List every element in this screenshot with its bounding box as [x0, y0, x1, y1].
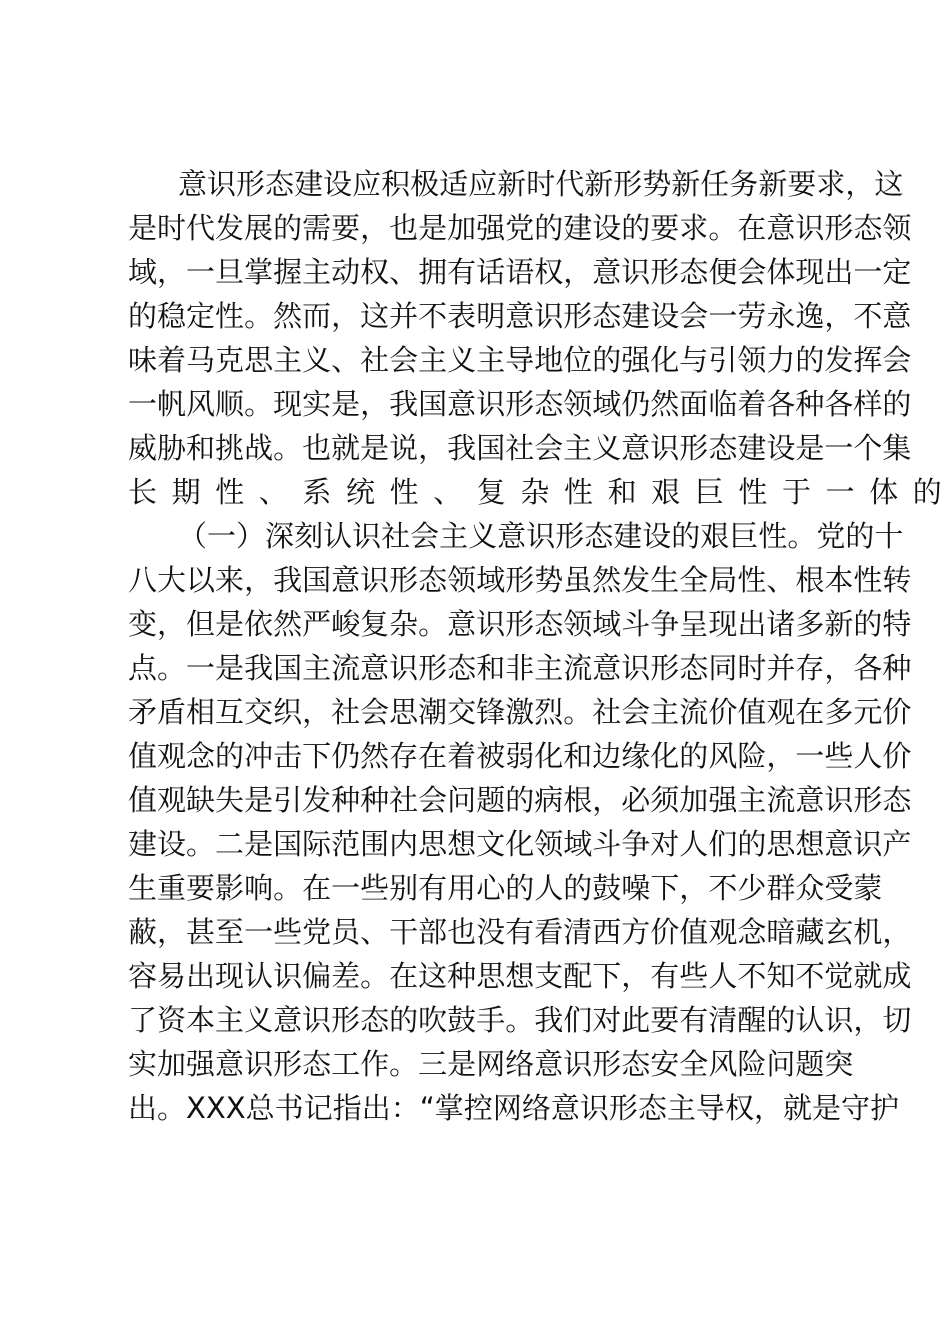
text-line: 值观缺失是引发种种社会问题的病根，必须加强主流意识形态 — [128, 778, 832, 822]
text-line: 威胁和挑战。也就是说，我国社会主义意识形态建设是一个集 — [128, 426, 832, 470]
document-page: 意识形态建设应积极适应新时代新形势新任务新要求，这 是时代发展的需要，也是加强党… — [0, 0, 950, 1344]
text-line: 蔽，甚至一些党员、干部也没有看清西方价值观念暗藏玄机， — [128, 910, 832, 954]
text-line: 值观念的冲击下仍然存在着被弱化和边缘化的风险，一些人价 — [128, 734, 832, 778]
text-line: 一帆风顺。现实是，我国意识形态领域仍然面临着各种各样的 — [128, 382, 832, 426]
text-line: 矛盾相互交织，社会思潮交锋激烈。社会主流价值观在多元价 — [128, 690, 832, 734]
text-line: 长期性、系统性、复杂性和艰巨性于一体的复杂过程。 — [128, 470, 832, 514]
text-line: 味着马克思主义、社会主义主导地位的强化与引领力的发挥会 — [128, 338, 832, 382]
body-text: 意识形态建设应积极适应新时代新形势新任务新要求，这 是时代发展的需要，也是加强党… — [128, 162, 838, 1130]
text-line: 容易出现认识偏差。在这种思想支配下，有些人不知不觉就成 — [128, 954, 832, 998]
text-line: 意识形态建设应积极适应新时代新形势新任务新要求，这 — [128, 162, 832, 206]
text-line: 出。XXX 总书记指出：“掌控网络意识形态主导权，就是守护 — [128, 1086, 832, 1130]
text-line: 是时代发展的需要，也是加强党的建设的要求。在意识形态领 — [128, 206, 832, 250]
paragraph-intro: 意识形态建设应积极适应新时代新形势新任务新要求，这 是时代发展的需要，也是加强党… — [128, 162, 838, 514]
text-line: 的稳定性。然而，这并不表明意识形态建设会一劳永逸，不意 — [128, 294, 832, 338]
section-heading-line: （一）深刻认识社会主义意识形态建设的艰巨性。党的十 — [128, 514, 832, 558]
text-line: 变，但是依然严峻复杂。意识形态领域斗争呈现出诸多新的特 — [128, 602, 832, 646]
paragraph-section-1: （一）深刻认识社会主义意识形态建设的艰巨性。党的十 八大以来，我国意识形态领域形… — [128, 514, 838, 1130]
text-line: 生重要影响。在一些别有用心的人的鼓噪下，不少群众受蒙 — [128, 866, 832, 910]
text-line: 域，一旦掌握主动权、拥有话语权，意识形态便会体现出一定 — [128, 250, 832, 294]
text-line: 点。一是我国主流意识形态和非主流意识形态同时并存，各种 — [128, 646, 832, 690]
text-line: 八大以来，我国意识形态领域形势虽然发生全局性、根本性转 — [128, 558, 832, 602]
text-line: 了资本主义意识形态的吹鼓手。我们对此要有清醒的认识，切 — [128, 998, 832, 1042]
text-line: 建设。二是国际范围内思想文化领域斗争对人们的思想意识产 — [128, 822, 832, 866]
text-line: 实加强意识形态工作。三是网络意识形态安全风险问题突 — [128, 1042, 832, 1086]
